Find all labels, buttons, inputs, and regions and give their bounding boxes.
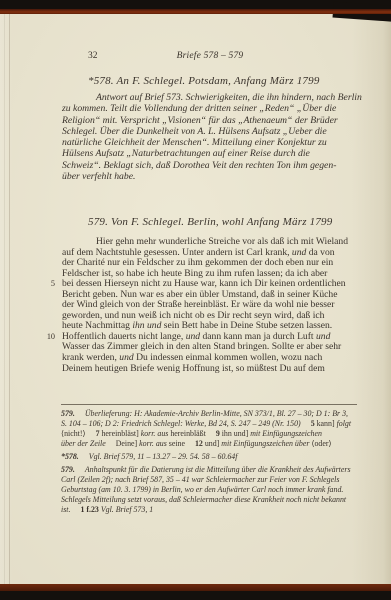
- footnote-579-dating: 579.Anhaltspunkt für die Datierung ist d…: [61, 465, 361, 515]
- line-number: 5: [35, 279, 55, 290]
- summary-line: Hülsens Aufsatz „Naturbetrachtungen auf …: [62, 148, 358, 159]
- line-number: 10: [35, 332, 55, 343]
- page-edge-line: [9, 13, 10, 585]
- summary-line: Religion“ mit. Verspricht „Visionen“ für…: [62, 115, 358, 126]
- book-cover-edge-bottom: [0, 584, 391, 591]
- letter-578-heading: *578. An F. Schlegel. Potsdam, Anfang Mä…: [88, 75, 320, 87]
- letter-578-summary: Antwort auf Brief 573. Schwierigkeiten, …: [62, 92, 358, 182]
- summary-line: über verfehlt habe.: [62, 171, 358, 182]
- apparatus-579-transmission: 579.Überlieferung: H: Akademie-Archiv Be…: [61, 409, 361, 449]
- summary-line: Schweiz“. Beklagt sich, daß Dorothea Vei…: [62, 160, 358, 171]
- footnote-line: *578.Vgl. Brief 579, 11 – 13.27 – 29. 54…: [61, 452, 361, 462]
- footnote-line: Geburtstag (am 10. 3. 1799) in Berlin, w…: [61, 485, 361, 495]
- running-head: Briefe 578 – 579: [62, 51, 358, 61]
- footnote-line: Schlegels Mitteilung setzt voraus, daß S…: [61, 495, 361, 505]
- letter-579-body: Hier gehn mehr wunderliche Streiche vor …: [62, 237, 358, 374]
- body-line: Deinem heutigen Briefe wenig Hoffnung is…: [62, 364, 358, 375]
- page-edge-line-faint: [4, 13, 5, 585]
- summary-line: natürliche Gleichheit der Menschen“. Mit…: [62, 137, 358, 148]
- scanned-book-page: 32 Briefe 578 – 579 *578. An F. Schlegel…: [0, 0, 391, 600]
- scan-border-bottom: [0, 591, 391, 600]
- footnote-578: *578.Vgl. Brief 579, 11 – 13.27 – 29. 54…: [61, 452, 361, 462]
- footnote-line: ist.1 f.23 Vgl. Brief 573, 1: [61, 505, 361, 515]
- summary-line: Antwort auf Brief 573. Schwierigkeiten, …: [62, 92, 358, 103]
- letter-579-heading: 579. Von F. Schlegel. Berlin, wohl Anfan…: [88, 216, 332, 228]
- footnote-rule: [61, 404, 357, 405]
- apparatus-line: ⟨nicht!⟩7 hereinbläst] korr. aus hereinb…: [61, 429, 361, 439]
- summary-line: zu kommen. Teilt die Vollendung der drit…: [62, 103, 358, 114]
- summary-line: Schlegel. Über die Dunkelheit von A. L. …: [62, 126, 358, 137]
- footnote-line: Carl (Zeilen 2f); nach Brief 587, 35 – 4…: [61, 475, 361, 485]
- apparatus-line: S. 104 – 106; D 2: Friedrich Schlegel: W…: [61, 419, 361, 429]
- apparatus-line: über der ZeileDeine] korr. aus seine12 u…: [61, 439, 361, 449]
- book-cover-edge-top: [0, 9, 391, 14]
- footnote-line: 579.Anhaltspunkt für die Datierung ist d…: [61, 465, 361, 475]
- apparatus-line: 579.Überlieferung: H: Akademie-Archiv Be…: [61, 409, 361, 419]
